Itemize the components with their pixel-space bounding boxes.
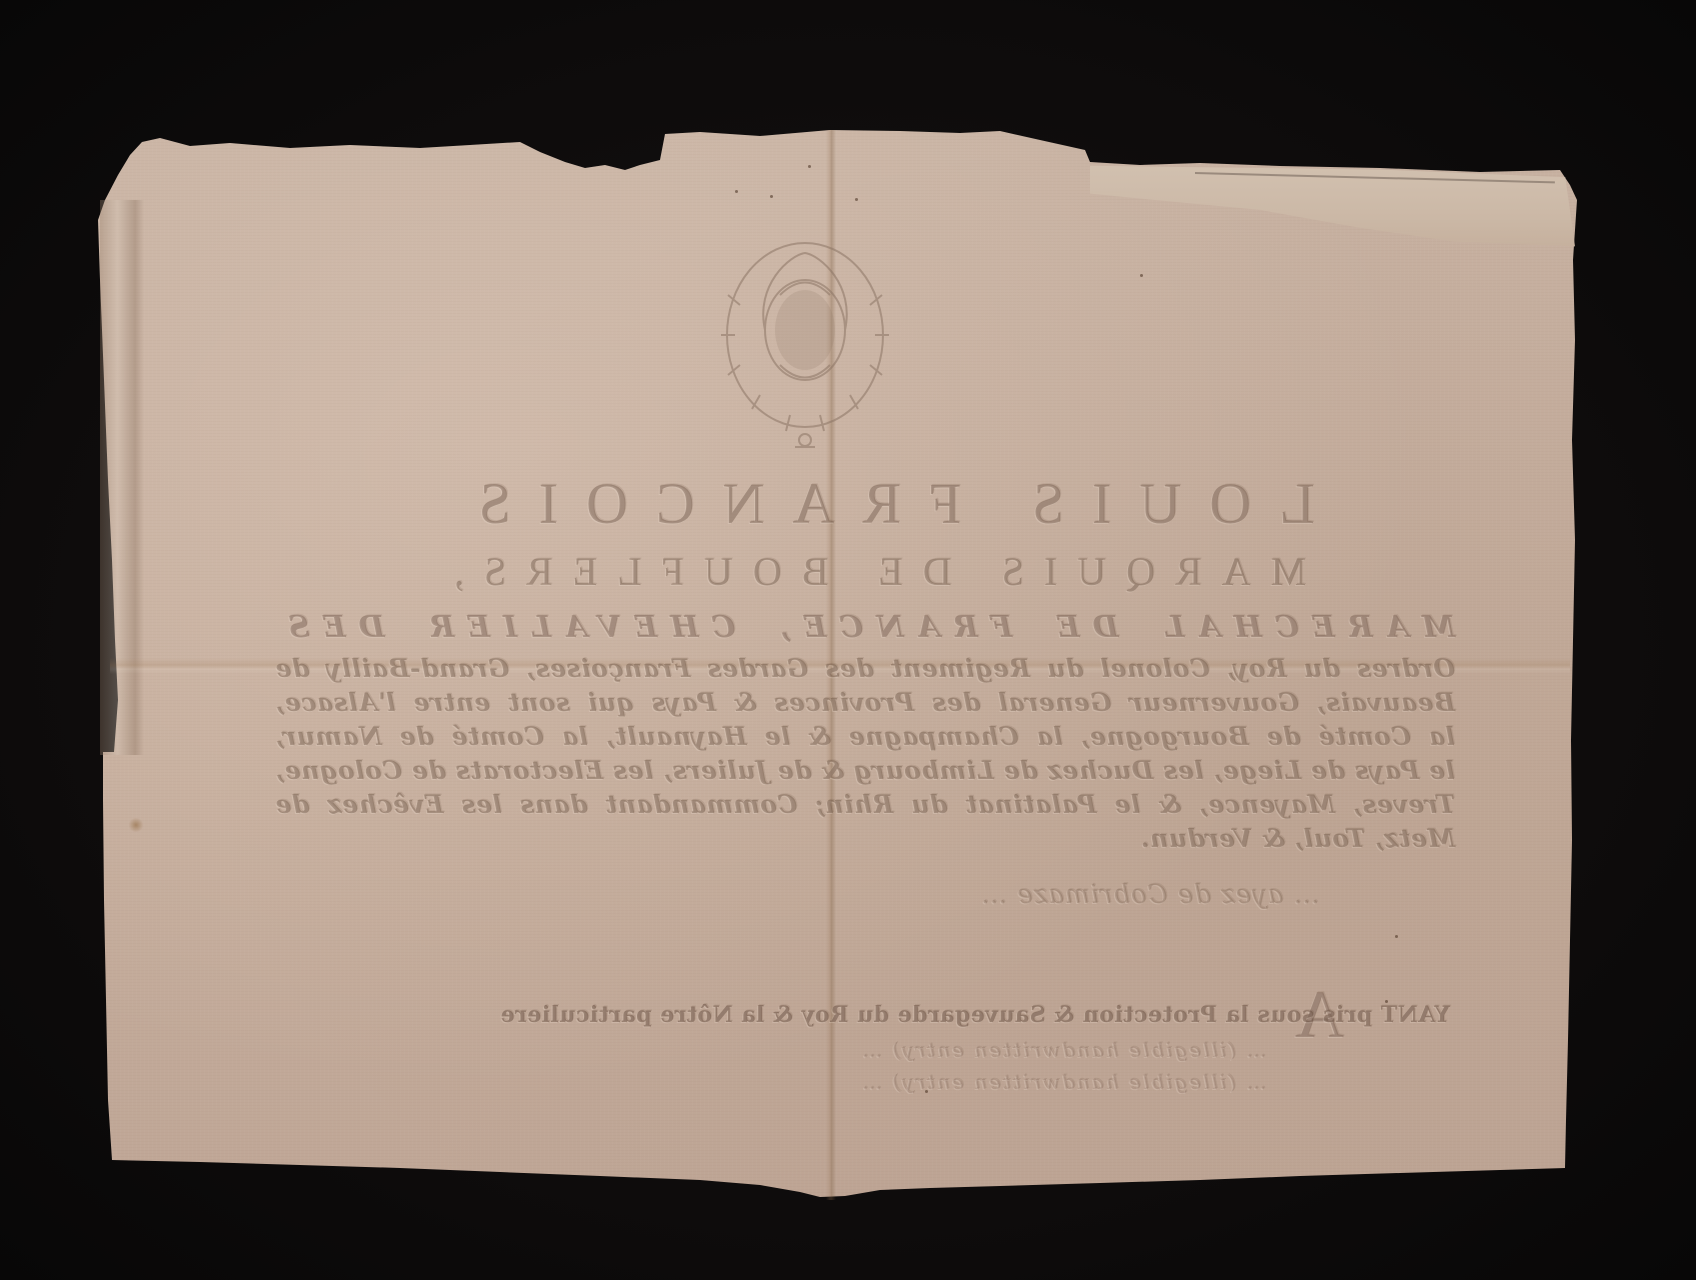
foxing-stain	[128, 818, 144, 832]
speck	[1395, 935, 1398, 938]
body-line-2: Beauvais, Gouverneur General des Provinc…	[275, 688, 1455, 717]
body-line-5: Treves, Mayence, & le Palatinat du Rhin;…	[275, 790, 1455, 819]
speck	[855, 198, 858, 201]
speck	[770, 195, 773, 198]
heading-rank: MARECHAL DE FRANCE, CHEVALIER DES	[275, 610, 1455, 645]
heading-title: MARQUIS DE BOUFLERS,	[285, 548, 1455, 595]
body-line-4: le Pays de Liege, les Duchez de Limbourg…	[275, 756, 1455, 785]
body-line-6: Metz, Toul, & Verdun.	[275, 824, 1455, 853]
faint-line-1: … (illegible handwritten entry) …	[860, 1038, 1266, 1062]
faint-line-2: … (illegible handwritten entry) …	[860, 1070, 1266, 1094]
body-line-1: Ordres du Roy, Colonel du Regiment des G…	[275, 654, 1455, 683]
coat-of-arms-icon	[700, 225, 910, 460]
speck	[1140, 274, 1143, 277]
document-sheet: LOUIS FRANCOIS MARQUIS DE BOUFLERS, MARE…	[0, 0, 1696, 1280]
speck	[808, 165, 811, 168]
speck	[735, 190, 738, 193]
handwritten-line: … ayez de Cobrimaze …	[980, 880, 1320, 910]
body-line-3: la Comté de Bourgogne, la Champagne & le…	[275, 722, 1455, 751]
opening-line: YANT pris sous la Protection & Sauvegard…	[500, 1002, 1450, 1028]
heading-name: LOUIS FRANCOIS	[275, 470, 1490, 537]
